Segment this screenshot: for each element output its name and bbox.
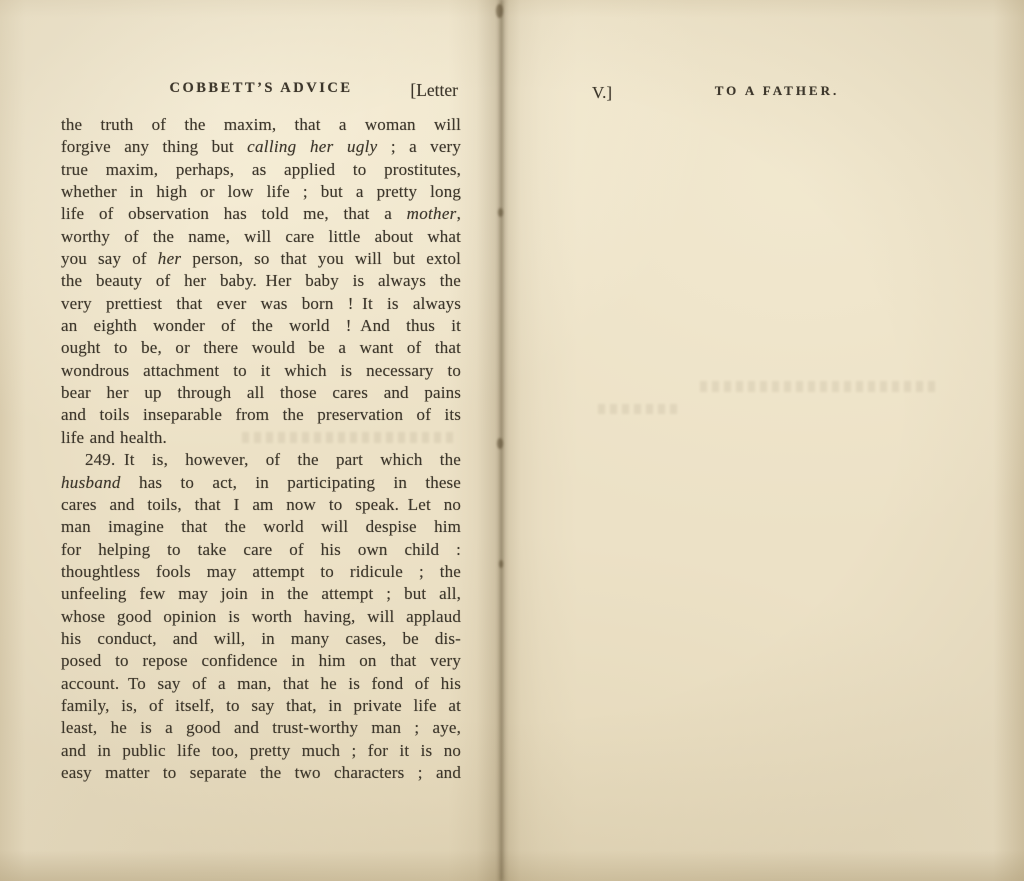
text-line: unfeeling few may join in the attempt ; … bbox=[61, 583, 461, 605]
text-run: and in public life too, pretty much ; fo… bbox=[61, 741, 461, 760]
italic-text-run: her bbox=[158, 249, 182, 268]
text-run: man imagine that the world will despise … bbox=[61, 517, 461, 536]
text-line: whose good opinion is worth having, will… bbox=[61, 606, 461, 628]
text-line: and toils inseparable from the preservat… bbox=[61, 404, 461, 426]
text-line: cares and toils, that I am now to speak.… bbox=[61, 494, 461, 516]
text-line: bear her up through all those cares and … bbox=[61, 382, 461, 404]
text-line: an eighth wonder of the world ! And thus… bbox=[61, 315, 461, 337]
left-page: COBBETT’S ADVICE [Letter the truth of th… bbox=[0, 0, 512, 881]
text-run: has to act, in participating in these bbox=[121, 473, 461, 492]
text-run: family, is, of itself, to say that, in p… bbox=[61, 696, 461, 715]
text-run: worthy of the name, will care little abo… bbox=[61, 227, 461, 246]
left-page-letter-marker: [Letter bbox=[410, 80, 458, 101]
text-run: life and health. bbox=[61, 428, 167, 447]
text-run: , bbox=[457, 204, 461, 223]
text-run: ought to be, or there would be a want of… bbox=[61, 338, 461, 357]
text-run: least, he is a good and trust-worthy man… bbox=[61, 718, 461, 737]
text-run: for helping to take care of his own chil… bbox=[61, 540, 461, 559]
text-run: forgive any thing but bbox=[61, 137, 247, 156]
text-line: family, is, of itself, to say that, in p… bbox=[61, 695, 461, 717]
right-running-head: V.] TO A FATHER. bbox=[578, 83, 976, 105]
text-line: posed to repose confidence in him on tha… bbox=[61, 650, 461, 672]
text-run: wondrous attachment to it which is neces… bbox=[61, 361, 461, 380]
text-line: worthy of the name, will care little abo… bbox=[61, 226, 461, 248]
text-run: posed to repose confidence in him on tha… bbox=[61, 651, 461, 670]
text-line: very prettiest that ever was born ! It i… bbox=[61, 293, 461, 315]
text-line: his conduct, and will, in many cases, be… bbox=[61, 628, 461, 650]
italic-text-run: calling her ugly bbox=[247, 137, 377, 156]
right-page-title: TO A FATHER. bbox=[578, 83, 976, 99]
italic-text-run: mother bbox=[407, 204, 457, 223]
text-line: for helping to take care of his own chil… bbox=[61, 539, 461, 561]
text-line: account. To say of a man, that he is fon… bbox=[61, 673, 461, 695]
text-line: easy matter to separate the two characte… bbox=[61, 762, 461, 784]
text-line: husband has to act, in participating in … bbox=[61, 472, 461, 494]
text-run: the beauty of her baby. Her baby is alwa… bbox=[61, 271, 461, 290]
text-run: his conduct, and will, in many cases, be… bbox=[61, 629, 461, 648]
text-line: you say of her person, so that you will … bbox=[61, 248, 461, 270]
text-line: ought to be, or there would be a want of… bbox=[61, 337, 461, 359]
text-run: account. To say of a man, that he is fon… bbox=[61, 674, 461, 693]
text-run: you say of bbox=[61, 249, 158, 268]
text-line: man imagine that the world will despise … bbox=[61, 516, 461, 538]
book-scan: COBBETT’S ADVICE [Letter the truth of th… bbox=[0, 0, 1024, 881]
text-run: the truth of the maxim, that a woman wil… bbox=[61, 115, 461, 134]
text-line: 249. It is, however, of the part which t… bbox=[61, 449, 461, 471]
text-run: true maxim, perhaps, as applied to prost… bbox=[61, 160, 461, 179]
text-run: easy matter to separate the two characte… bbox=[61, 763, 461, 782]
text-run: life of observation has told me, that a bbox=[61, 204, 407, 223]
left-page-title: COBBETT’S ADVICE bbox=[62, 80, 460, 97]
text-line: and in public life too, pretty much ; fo… bbox=[61, 740, 461, 762]
text-run: an eighth wonder of the world ! And thus… bbox=[61, 316, 461, 335]
text-line: the beauty of her baby. Her baby is alwa… bbox=[61, 270, 461, 292]
text-run: cares and toils, that I am now to speak.… bbox=[61, 495, 461, 514]
text-line: life and health. bbox=[61, 427, 461, 449]
text-run: unfeeling few may join in the attempt ; … bbox=[61, 584, 461, 603]
text-line: life of observation has told me, that a … bbox=[61, 203, 461, 225]
text-line: least, he is a good and trust-worthy man… bbox=[61, 717, 461, 739]
text-line: true maxim, perhaps, as applied to prost… bbox=[61, 159, 461, 181]
text-run: person, so that you will but extol bbox=[181, 249, 461, 268]
text-run: very prettiest that ever was born ! It i… bbox=[61, 294, 461, 313]
left-page-text: the truth of the maxim, that a woman wil… bbox=[61, 114, 461, 784]
text-run: whether in high or low life ; but a pret… bbox=[61, 182, 461, 201]
text-line: thoughtless fools may attempt to ridicul… bbox=[61, 561, 461, 583]
text-run: whose good opinion is worth having, will… bbox=[61, 607, 461, 626]
italic-text-run: husband bbox=[61, 473, 121, 492]
text-run: 249. It is, however, of the part which t… bbox=[85, 450, 461, 469]
text-line: wondrous attachment to it which is neces… bbox=[61, 360, 461, 382]
text-run: ; a very bbox=[378, 137, 461, 156]
text-run: and toils inseparable from the preservat… bbox=[61, 405, 461, 424]
text-run: bear her up through all those cares and … bbox=[61, 383, 461, 402]
text-line: forgive any thing but calling her ugly ;… bbox=[61, 136, 461, 158]
text-line: the truth of the maxim, that a woman wil… bbox=[61, 114, 461, 136]
right-page: V.] TO A FATHER. it is naturally conclud… bbox=[512, 0, 1024, 881]
text-run: thoughtless fools may attempt to ridicul… bbox=[61, 562, 461, 581]
left-running-head: COBBETT’S ADVICE [Letter bbox=[62, 80, 460, 102]
text-line: whether in high or low life ; but a pret… bbox=[61, 181, 461, 203]
